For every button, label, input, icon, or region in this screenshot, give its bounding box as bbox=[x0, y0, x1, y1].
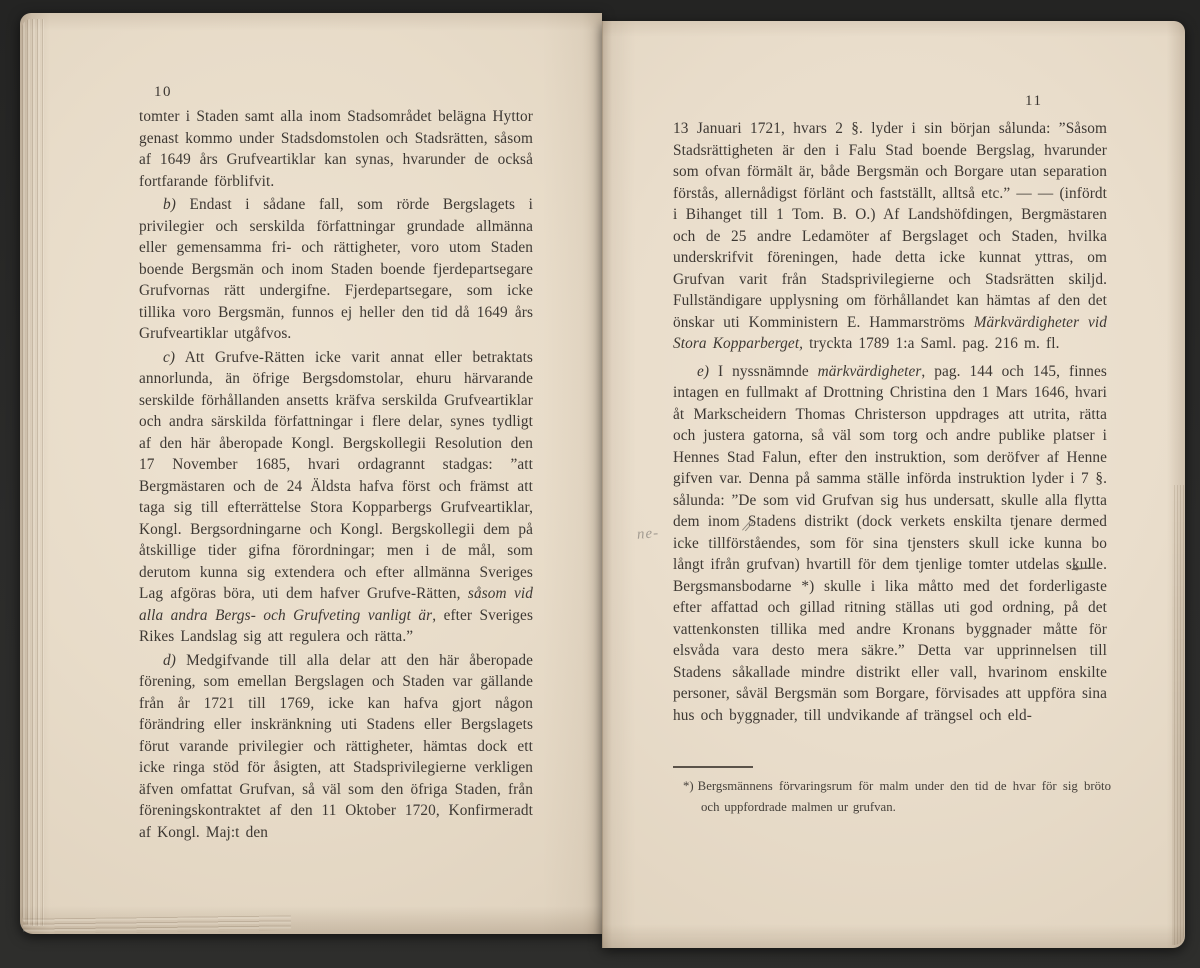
footnote-text: *)Bergsmännens förvaringsrum för malm un… bbox=[673, 776, 1111, 818]
paragraph: 13 Januari 1721, hvars 2 §. lyder i sin … bbox=[673, 118, 1107, 355]
footnote-marker: *) bbox=[683, 779, 694, 793]
page-number-10: 10 bbox=[154, 84, 172, 101]
italic-text-run: c) bbox=[163, 349, 175, 366]
text-run: Medgifvande till alla delar att den här … bbox=[139, 652, 533, 841]
paragraph: tomter i Staden samt alla inom Stadsområ… bbox=[139, 106, 533, 192]
right-page: 11 13 Januari 1721, hvars 2 §. lyder i s… bbox=[602, 21, 1185, 948]
text-run: , pag. 144 och 145, finnes intagen en fu… bbox=[673, 363, 1107, 724]
footnote-rule bbox=[673, 766, 753, 768]
italic-text-run: e) bbox=[697, 363, 709, 380]
page-edges-bottom-stack bbox=[23, 915, 291, 933]
page-number-11: 11 bbox=[1025, 93, 1042, 110]
paragraph: d) Medgifvande till alla delar att den h… bbox=[139, 650, 533, 844]
book-photograph: { "photo": { "background_color": "#2b2b2… bbox=[0, 0, 1200, 968]
left-page: 10 tomter i Staden samt alla inom Stadso… bbox=[20, 13, 602, 934]
paragraph: c) Att Grufve-Rätten icke varit annat el… bbox=[139, 347, 533, 648]
page-edges-left-stack bbox=[22, 19, 44, 926]
text-run: tomter i Staden samt alla inom Stadsområ… bbox=[139, 108, 533, 190]
pencil-arrow-icon bbox=[1069, 561, 1095, 579]
paragraph: e) I nyssnämnde märkvärdigheter, pag. 14… bbox=[673, 361, 1107, 727]
left-text-column: tomter i Staden samt alla inom Stadsområ… bbox=[139, 106, 533, 843]
text-run: Att Grufve-Rätten icke varit annat eller… bbox=[139, 349, 533, 603]
text-run: tryckta 1789 1:a Saml. pag. 216 m. fl. bbox=[803, 335, 1059, 352]
pencil-margin-note: ne- bbox=[636, 525, 659, 544]
paragraph: b) Endast i sådane fall, som rörde Bergs… bbox=[139, 194, 533, 345]
text-run: 13 Januari 1721, hvars 2 §. lyder i sin … bbox=[673, 120, 1107, 331]
italic-text-run: märkvärdigheter bbox=[818, 363, 922, 380]
text-run: Endast i sådane fall, som rörde Bergslag… bbox=[139, 196, 533, 342]
footnote: *)Bergsmännens förvaringsrum för malm un… bbox=[673, 766, 1111, 818]
page-edges-right-stack bbox=[1172, 485, 1184, 946]
italic-text-run: b) bbox=[163, 196, 176, 213]
text-run: I nyssnämnde bbox=[709, 363, 818, 380]
right-text-column: 13 Januari 1721, hvars 2 §. lyder i sin … bbox=[673, 118, 1107, 726]
footnote-body: Bergsmännens förvaringsrum för malm unde… bbox=[698, 779, 1111, 814]
italic-text-run: d) bbox=[163, 652, 176, 669]
